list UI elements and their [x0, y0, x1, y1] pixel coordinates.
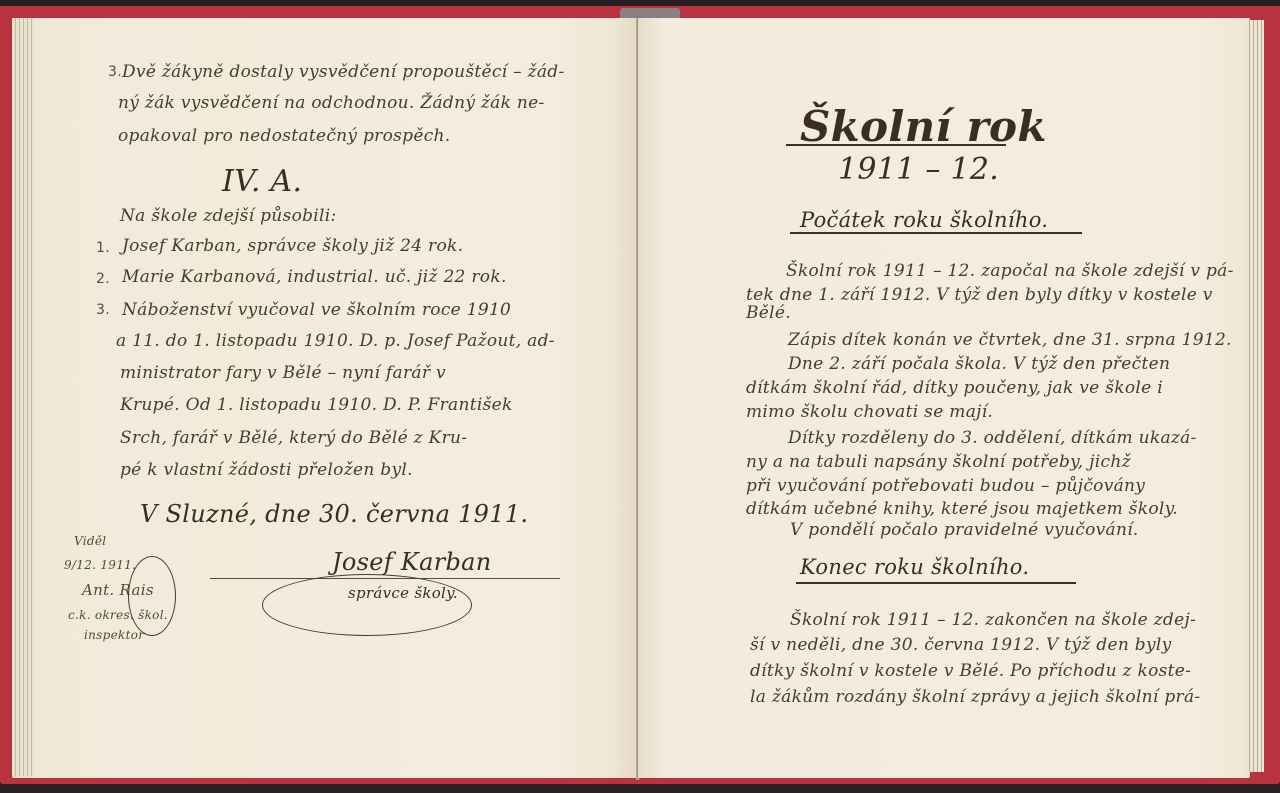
staff-intro: Na škole zdejší působili:	[120, 202, 337, 231]
inspector-note-date: 9/12. 1911.	[64, 554, 136, 576]
section-underline	[796, 582, 1076, 584]
item3-line-2: ný žák vysvědčení na odchodnou. Žádný žá…	[118, 89, 545, 118]
staff-line: a 11. do 1. listopadu 1910. D. p. Josef …	[116, 327, 555, 356]
section-heading: IV. A.	[222, 164, 302, 199]
paragraph-line: Bělé.	[746, 299, 791, 328]
section-heading-end: Konec roku školního.	[800, 555, 1029, 579]
background-strip	[0, 0, 1280, 6]
paragraph-line: dítky školní v kostele v Bělé. Po přícho…	[750, 657, 1191, 686]
inspector-flourish	[128, 556, 176, 636]
paragraph-line: V pondělí počalo pravidelné vyučování.	[790, 516, 1139, 545]
closing-place-date: V Sluzné, dne 30. června 1911.	[140, 500, 528, 528]
school-year: 1911 – 12.	[838, 152, 999, 187]
item-number: 3.	[108, 64, 122, 80]
inspector-note-line: inspektor	[84, 624, 144, 646]
paragraph-line: mimo školu chovati se mají.	[746, 398, 993, 427]
staff-line: Srch, farář v Bělé, který do Bělé z Kru-	[120, 424, 467, 453]
right-page-edges	[1246, 20, 1264, 772]
staff-line: Krupé. Od 1. listopadu 1910. D. P. Frant…	[120, 391, 513, 420]
staff-number: 3.	[96, 302, 110, 318]
inspector-note-line: Viděl	[74, 530, 106, 552]
left-page-edges	[12, 18, 34, 776]
staff-number: 1.	[96, 240, 110, 256]
staff-number: 2.	[96, 271, 110, 287]
staff-line: Náboženství vyučoval ve školním roce 191…	[122, 296, 511, 325]
paragraph-line: la žákům rozdány školní zprávy a jejich …	[750, 683, 1200, 712]
signature-title: správce školy.	[348, 584, 458, 602]
item3-line-1: Dvě žákyně dostaly vysvědčení propouštěc…	[122, 58, 565, 87]
title-underline	[786, 144, 1006, 146]
item3-line-3: opakoval pro nedostatečný prospěch.	[118, 122, 451, 151]
signature-name: Josef Karban	[332, 548, 492, 576]
staff-line: ministrator fary v Bělé – nyní farář v	[120, 359, 446, 388]
section-heading-start: Počátek roku školního.	[800, 208, 1048, 232]
staff-line: pé k vlastní žádosti přeložen byl.	[120, 456, 413, 485]
paragraph-line: ší v neděli, dne 30. června 1912. V týž …	[750, 631, 1172, 660]
paragraph-line: tek dne 1. září 1912. V týž den byly dít…	[746, 281, 1213, 310]
staff-line: Josef Karban, správce školy již 24 rok.	[122, 232, 463, 261]
section-underline	[790, 232, 1082, 234]
staff-line: Marie Karbanová, industrial. uč. již 22 …	[122, 263, 507, 292]
